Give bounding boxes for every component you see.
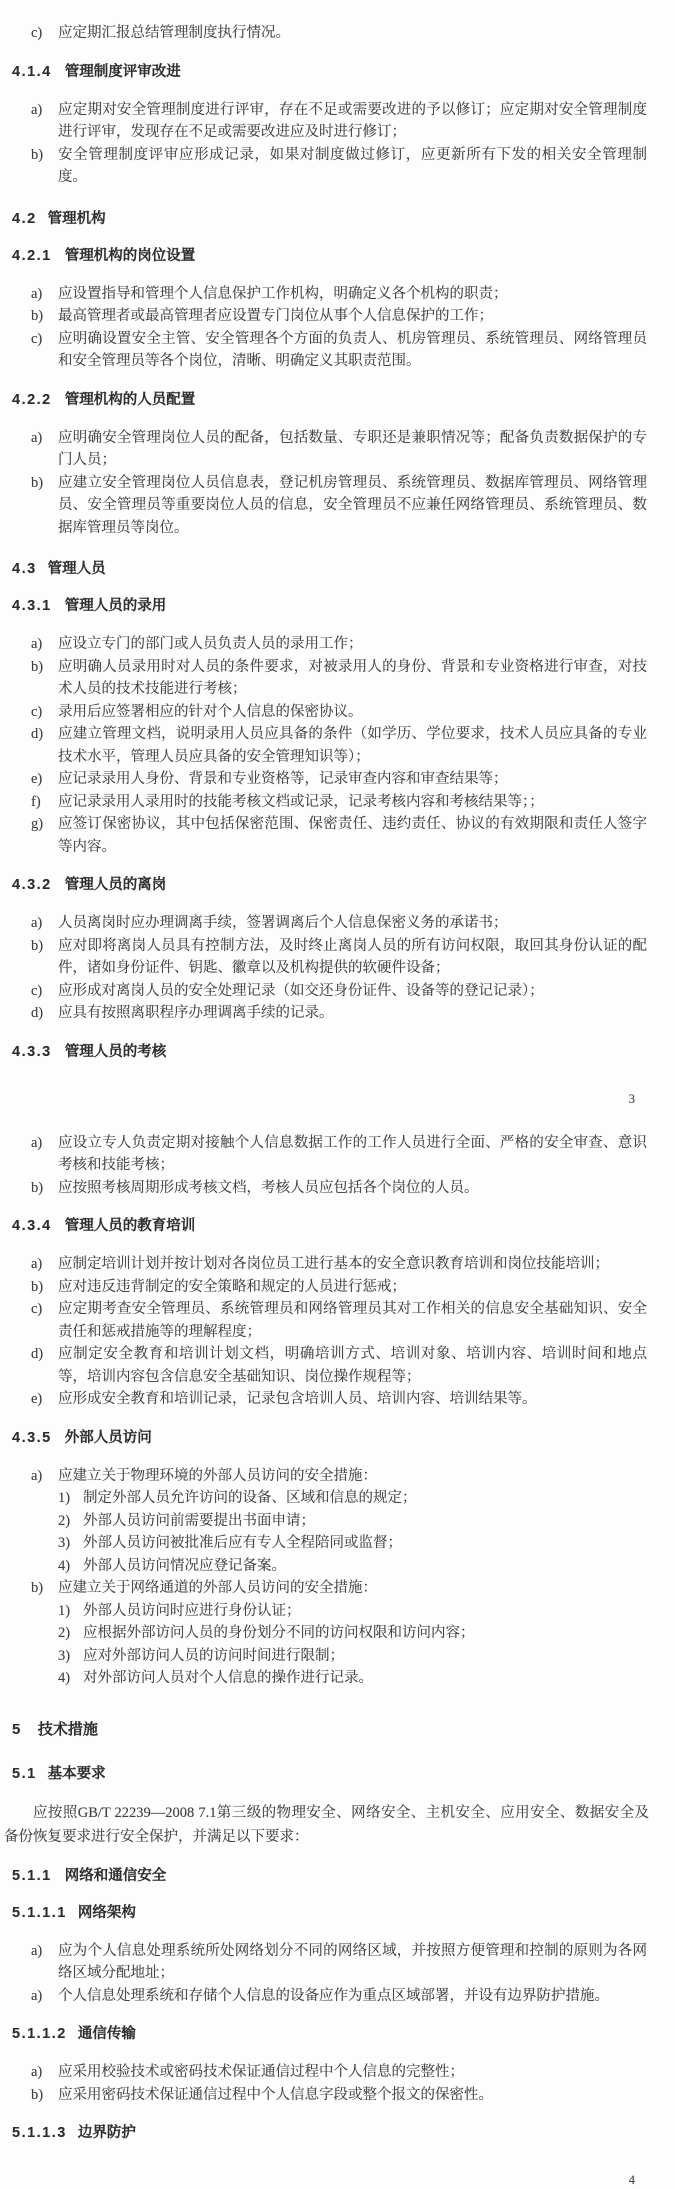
heading-title: 管理机构的人员配置 — [65, 392, 196, 408]
section-heading: 4.2.2管理机构的人员配置 — [12, 390, 675, 410]
document: c)应定期汇报总结管理制度执行情况。4.1.4管理制度评审改进a)应定期对安全管… — [0, 0, 675, 2189]
list-item: g)应签订保密协议，其中包括保密范围、保密责任、违约责任、协议的有效期限和责任人… — [31, 813, 647, 858]
section-heading: 4.3.4管理人员的教育培训 — [12, 1216, 675, 1236]
heading-number: 5.1.1.3 — [12, 2125, 67, 2141]
sub-list-item: 3)外部人员访问被批准后应有专人全程陪同或监督； — [58, 1532, 647, 1555]
item-label: b) — [31, 472, 58, 540]
item-text: 应对即将离岗人员具有控制方法，及时终止离岗人员的所有访问权限，取回其身份认证的配… — [58, 935, 647, 980]
item-label: b) — [31, 1577, 58, 1600]
item-text: 个人信息处理系统和存储个人信息的设备应作为重点区域部署，并设有边界防护措施。 — [58, 1985, 647, 2008]
sub-list-item: 1)制定外部人员允许访问的设备、区域和信息的规定； — [58, 1487, 647, 1510]
list-item: c)应形成对离岗人员的安全处理记录（如交还身份证件、设备等的登记记录）； — [31, 980, 647, 1003]
sub-list-item: 4)外部人员访问情况应登记备案。 — [58, 1555, 647, 1578]
item-text: 安全管理制度评审应形成记录，如果对制度做过修订，应更新所有下发的相关安全管理制度… — [58, 144, 647, 189]
item-text: 应具有按照离职程序办理调离手续的记录。 — [58, 1002, 647, 1025]
item-text: 应制定安全教育和培训计划文档，明确培训方式、培训对象、培训内容、培训时间和地点等… — [58, 1343, 647, 1388]
item-text: 外部人员访问被批准后应有专人全程陪同或监督； — [83, 1532, 647, 1555]
item-text: 外部人员访问时应进行身份认证； — [83, 1600, 647, 1623]
list-item: c)应明确设置安全主管、安全管理各个方面的负责人、机房管理员、系统管理员、网络管… — [31, 328, 647, 373]
item-label: 2) — [58, 1510, 83, 1533]
sub-list-item: 4)对外部访问人员对个人信息的操作进行记录。 — [58, 1667, 647, 1690]
heading-title: 通信传输 — [78, 2026, 136, 2042]
item-label: b) — [31, 1177, 58, 1200]
section-heading: 5技术措施 — [12, 1720, 675, 1740]
list-item: d)应具有按照离职程序办理调离手续的记录。 — [31, 1002, 647, 1025]
heading-number: 4.3.4 — [12, 1218, 52, 1234]
item-label: c) — [31, 1298, 58, 1343]
item-label: d) — [31, 1002, 58, 1025]
heading-number: 4.2.1 — [12, 248, 52, 264]
heading-title: 外部人员访问 — [65, 1430, 152, 1446]
item-text: 应明确设置安全主管、安全管理各个方面的负责人、机房管理员、系统管理员、网络管理员… — [58, 328, 647, 373]
list-item: b)应对即将离岗人员具有控制方法，及时终止离岗人员的所有访问权限，取回其身份认证… — [31, 935, 647, 980]
item-text: 应明确人员录用时对人员的条件要求，对被录用人的身份、背景和专业资格进行审查，对技… — [58, 656, 647, 701]
item-text: 外部人员访问前需要提出书面申请； — [83, 1510, 647, 1533]
list-item: a)应设置指导和管理个人信息保护工作机构，明确定义各个机构的职责； — [31, 283, 647, 306]
section-heading: 4.3.3管理人员的考核 — [12, 1042, 675, 1062]
heading-number: 4.2.2 — [12, 392, 52, 408]
item-text: 应设立专门的部门或人员负责人员的录用工作； — [58, 633, 647, 656]
list-item: b)应建立关于网络通道的外部人员访问的安全措施： — [31, 1577, 647, 1600]
item-label: g) — [31, 813, 58, 858]
item-label: a) — [31, 283, 58, 306]
list-item: a)应明确安全管理岗位人员的配备，包括数量、专职还是兼职情况等；配备负责数据保护… — [31, 427, 647, 472]
heading-title: 管理机构的岗位设置 — [65, 248, 196, 264]
heading-title: 技术措施 — [38, 1721, 98, 1738]
list-item: c)应定期考查安全管理员、系统管理员和网络管理员其对工作相关的信息安全基础知识、… — [31, 1298, 647, 1343]
heading-number: 4.1.4 — [12, 64, 52, 80]
item-text: 录用后应签署相应的针对个人信息的保密协议。 — [58, 701, 647, 724]
item-label: b) — [31, 656, 58, 701]
heading-title: 管理人员 — [48, 561, 106, 577]
item-label: e) — [31, 1388, 58, 1411]
item-label: b) — [31, 2084, 58, 2107]
section-heading: 5.1.1.3边界防护 — [12, 2123, 675, 2143]
heading-title: 管理人员的离岗 — [65, 877, 167, 893]
heading-number: 4.3 — [12, 561, 37, 577]
list-item: a)应为个人信息处理系统所处网络划分不同的网络区域，并按照方便管理和控制的原则为… — [31, 1940, 647, 1985]
list-item: b)最高管理者或最高管理者应设置专门岗位从事个人信息保护的工作； — [31, 305, 647, 328]
list-item: a)个人信息处理系统和存储个人信息的设备应作为重点区域部署，并设有边界防护措施。 — [31, 1985, 647, 2008]
heading-number: 4.2 — [12, 211, 37, 227]
item-text: 应签订保密协议，其中包括保密范围、保密责任、违约责任、协议的有效期限和责任人签字… — [58, 813, 647, 858]
list-item: c)应定期汇报总结管理制度执行情况。 — [31, 22, 647, 45]
sub-list-item: 3)应对外部访问人员的访问时间进行限制； — [58, 1645, 647, 1668]
heading-number: 4.3.2 — [12, 877, 52, 893]
heading-title: 基本要求 — [48, 1766, 106, 1782]
item-label: a) — [31, 1940, 58, 1985]
page-number: 4 — [0, 2171, 675, 2189]
item-text: 应建立关于网络通道的外部人员访问的安全措施： — [58, 1577, 647, 1600]
sub-list-item: 2)外部人员访问前需要提出书面申请； — [58, 1510, 647, 1533]
item-text: 应形成安全教育和培训记录，记录包含培训人员、培训内容、培训结果等。 — [58, 1388, 647, 1411]
item-text: 应形成对离岗人员的安全处理记录（如交还身份证件、设备等的登记记录）； — [58, 980, 647, 1003]
list-item: b)应对违反违背制定的安全策略和规定的人员进行惩戒； — [31, 1276, 647, 1299]
section-heading: 5.1.1.1网络架构 — [12, 1903, 675, 1923]
list-item: b)应按照考核周期形成考核文档，考核人员应包括各个岗位的人员。 — [31, 1177, 647, 1200]
section-heading: 4.2.1管理机构的岗位设置 — [12, 246, 675, 266]
heading-number: 5.1.1.2 — [12, 2026, 67, 2042]
document-page-3: c)应定期汇报总结管理制度执行情况。4.1.4管理制度评审改进a)应定期对安全管… — [0, 22, 675, 1108]
item-label: c) — [31, 22, 58, 45]
list-item: b)应明确人员录用时对人员的条件要求，对被录用人的身份、背景和专业资格进行审查，… — [31, 656, 647, 701]
item-label: a) — [31, 633, 58, 656]
section-heading: 5.1.1.2通信传输 — [12, 2024, 675, 2044]
list-item: a)应采用校验技术或密码技术保证通信过程中个人信息的完整性； — [31, 2061, 647, 2084]
item-text: 应明确安全管理岗位人员的配备，包括数量、专职还是兼职情况等；配备负责数据保护的专… — [58, 427, 647, 472]
page-number: 3 — [0, 1090, 675, 1108]
heading-title: 管理人员的考核 — [65, 1044, 167, 1060]
section-heading: 4.3.1管理人员的录用 — [12, 596, 675, 616]
document-page-4: a)应设立专人负责定期对接触个人信息数据工作的工作人员进行全面、严格的安全审查、… — [0, 1108, 675, 2189]
item-text: 应对违反违背制定的安全策略和规定的人员进行惩戒； — [58, 1276, 647, 1299]
section-heading: 4.1.4管理制度评审改进 — [12, 62, 675, 82]
item-text: 应为个人信息处理系统所处网络划分不同的网络区域，并按照方便管理和控制的原则为各网… — [58, 1940, 647, 1985]
list-item: a)应设立专门的部门或人员负责人员的录用工作； — [31, 633, 647, 656]
heading-title: 管理制度评审改进 — [65, 64, 181, 80]
list-item: c)录用后应签署相应的针对个人信息的保密协议。 — [31, 701, 647, 724]
heading-title: 管理机构 — [48, 211, 106, 227]
item-label: 4) — [58, 1555, 83, 1578]
item-label: 1) — [58, 1600, 83, 1623]
item-label: b) — [31, 935, 58, 980]
section-heading: 5.1基本要求 — [12, 1764, 675, 1784]
list-item: b)安全管理制度评审应形成记录，如果对制度做过修订，应更新所有下发的相关安全管理… — [31, 144, 647, 189]
item-text: 应采用校验技术或密码技术保证通信过程中个人信息的完整性； — [58, 2061, 647, 2084]
item-label: d) — [31, 1343, 58, 1388]
list-item: e)应记录录用人身份、背景和专业资格等，记录审查内容和审查结果等； — [31, 768, 647, 791]
item-text: 应设立专人负责定期对接触个人信息数据工作的工作人员进行全面、严格的安全审查、意识… — [58, 1132, 647, 1177]
heading-number: 4.3.1 — [12, 598, 52, 614]
heading-number: 4.3.5 — [12, 1430, 52, 1446]
item-text: 应记录录用人身份、背景和专业资格等，记录审查内容和审查结果等； — [58, 768, 647, 791]
item-text: 应按照考核周期形成考核文档，考核人员应包括各个岗位的人员。 — [58, 1177, 647, 1200]
heading-number: 5.1.1 — [12, 1868, 52, 1884]
item-text: 最高管理者或最高管理者应设置专门岗位从事个人信息保护的工作； — [58, 305, 647, 328]
heading-number: 5 — [12, 1721, 22, 1738]
section-heading: 4.2管理机构 — [12, 209, 675, 229]
item-text: 应设置指导和管理个人信息保护工作机构，明确定义各个机构的职责； — [58, 283, 647, 306]
item-label: 4) — [58, 1667, 83, 1690]
item-label: b) — [31, 305, 58, 328]
item-label: a) — [31, 2061, 58, 2084]
item-label: f) — [31, 791, 58, 814]
item-label: 3) — [58, 1645, 83, 1668]
sub-list-item: 2)应根据外部访问人员的身份划分不同的访问权限和访问内容； — [58, 1622, 647, 1645]
item-text: 应对外部访问人员的访问时间进行限制； — [83, 1645, 647, 1668]
list-item: a)应制定培训计划并按计划对各岗位员工进行基本的安全意识教育培训和岗位技能培训； — [31, 1253, 647, 1276]
item-text: 外部人员访问情况应登记备案。 — [83, 1555, 647, 1578]
heading-number: 5.1 — [12, 1766, 37, 1782]
list-item: b)应建立安全管理岗位人员信息表，登记机房管理员、系统管理员、数据库管理员、网络… — [31, 472, 647, 540]
sub-list-item: 1)外部人员访问时应进行身份认证； — [58, 1600, 647, 1623]
section-heading: 4.3.2管理人员的离岗 — [12, 875, 675, 895]
list-item: a)应建立关于物理环境的外部人员访问的安全措施： — [31, 1465, 647, 1488]
list-item: f)应记录录用人录用时的技能考核文档或记录，记录考核内容和考核结果等；； — [31, 791, 647, 814]
item-label: 3) — [58, 1532, 83, 1555]
list-item: e)应形成安全教育和培训记录，记录包含培训人员、培训内容、培训结果等。 — [31, 1388, 647, 1411]
item-label: a) — [31, 99, 58, 144]
item-label: 1) — [58, 1487, 83, 1510]
item-label: a) — [31, 1253, 58, 1276]
list-item: a)应设立专人负责定期对接触个人信息数据工作的工作人员进行全面、严格的安全审查、… — [31, 1132, 647, 1177]
heading-title: 边界防护 — [78, 2125, 136, 2141]
heading-title: 网络和通信安全 — [65, 1868, 167, 1884]
item-label: 2) — [58, 1622, 83, 1645]
heading-title: 管理人员的教育培训 — [65, 1218, 196, 1234]
item-text: 应采用密码技术保证通信过程中个人信息字段或整个报文的保密性。 — [58, 2084, 647, 2107]
item-text: 应定期汇报总结管理制度执行情况。 — [58, 22, 647, 45]
item-text: 制定外部人员允许访问的设备、区域和信息的规定； — [83, 1487, 647, 1510]
item-label: c) — [31, 328, 58, 373]
item-text: 对外部访问人员对个人信息的操作进行记录。 — [83, 1667, 647, 1690]
item-text: 应制定培训计划并按计划对各岗位员工进行基本的安全意识教育培训和岗位技能培训； — [58, 1253, 647, 1276]
list-item: d)应制定安全教育和培训计划文档，明确培训方式、培训对象、培训内容、培训时间和地… — [31, 1343, 647, 1388]
item-text: 应建立安全管理岗位人员信息表，登记机房管理员、系统管理员、数据库管理员、网络管理… — [58, 472, 647, 540]
item-label: a) — [31, 912, 58, 935]
heading-title: 网络架构 — [78, 1905, 136, 1921]
item-label: c) — [31, 980, 58, 1003]
item-label: a) — [31, 1465, 58, 1488]
list-item: b)应采用密码技术保证通信过程中个人信息字段或整个报文的保密性。 — [31, 2084, 647, 2107]
item-text: 应记录录用人录用时的技能考核文档或记录，记录考核内容和考核结果等；； — [58, 791, 647, 814]
item-label: d) — [31, 723, 58, 768]
item-label: a) — [31, 1985, 58, 2008]
list-item: a)人员离岗时应办理调离手续，签署调离后个人信息保密义务的承诺书； — [31, 912, 647, 935]
item-text: 应根据外部访问人员的身份划分不同的访问权限和访问内容； — [83, 1622, 647, 1645]
item-label: c) — [31, 701, 58, 724]
item-label: b) — [31, 144, 58, 189]
item-text: 人员离岗时应办理调离手续，签署调离后个人信息保密义务的承诺书； — [58, 912, 647, 935]
list-item: d)应建立管理文档，说明录用人员应具备的条件（如学历、学位要求，技术人员应具备的… — [31, 723, 647, 768]
item-label: b) — [31, 1276, 58, 1299]
list-item: a)应定期对安全管理制度进行评审，存在不足或需要改进的予以修订；应定期对安全管理… — [31, 99, 647, 144]
heading-number: 5.1.1.1 — [12, 1905, 67, 1921]
item-text: 应定期考查安全管理员、系统管理员和网络管理员其对工作相关的信息安全基础知识、安全… — [58, 1298, 647, 1343]
heading-number: 4.3.3 — [12, 1044, 52, 1060]
item-text: 应定期对安全管理制度进行评审，存在不足或需要改进的予以修订；应定期对安全管理制度… — [58, 99, 647, 144]
heading-title: 管理人员的录用 — [65, 598, 167, 614]
item-text: 应建立关于物理环境的外部人员访问的安全措施： — [58, 1465, 647, 1488]
item-label: a) — [31, 427, 58, 472]
item-text: 应建立管理文档，说明录用人员应具备的条件（如学历、学位要求，技术人员应具备的专业… — [58, 723, 647, 768]
item-label: e) — [31, 768, 58, 791]
section-heading: 4.3管理人员 — [12, 559, 675, 579]
item-label: a) — [31, 1132, 58, 1177]
section-heading: 4.3.5外部人员访问 — [12, 1428, 675, 1448]
paragraph: 应按照GB/T 22239—2008 7.1第三级的物理安全、网络安全、主机安全… — [4, 1801, 649, 1849]
section-heading: 5.1.1网络和通信安全 — [12, 1866, 675, 1886]
